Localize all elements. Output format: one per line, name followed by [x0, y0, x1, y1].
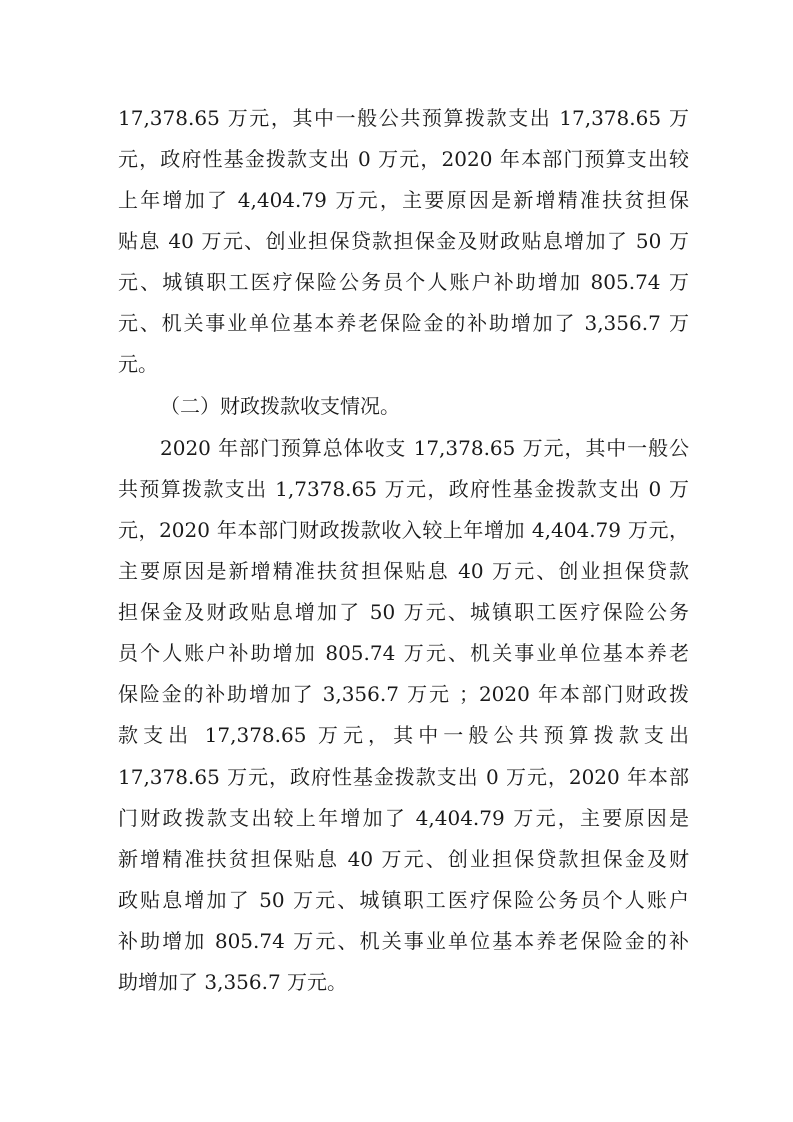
paragraph-2-line-6: 员个人账户补助增加 805.74 万元、机关事业单位基本养老 [118, 638, 689, 668]
section-heading: （二）财政拨款收支情况。 [160, 391, 460, 421]
paragraph-1-line-2: 元，政府性基金拨款支出 0 万元，2020 年本部门预算支出较 [118, 144, 689, 174]
paragraph-2-line-4: 主要原因是新增精准扶贫担保贴息 40 万元、创业担保贷款 [118, 556, 689, 586]
paragraph-2-line-9: 17,378.65 万元，政府性基金拨款支出 0 万元，2020 年本部 [118, 762, 689, 792]
paragraph-1-line-6: 元、机关事业单位基本养老保险金的补助增加了 3,356.7 万 [118, 308, 689, 338]
paragraph-2-line-14: 助增加了 3,356.7 万元。 [118, 967, 689, 997]
paragraph-1-line-4: 贴息 40 万元、创业担保贷款担保金及财政贴息增加了 50 万 [118, 226, 689, 256]
document-page: 17,378.65 万元，其中一般公共预算拨款支出 17,378.65 万 元，… [0, 0, 793, 1122]
paragraph-2-line-10: 门财政拨款支出较上年增加了 4,404.79 万元，主要原因是 [118, 803, 689, 833]
paragraph-1-line-7: 元。 [118, 349, 689, 379]
paragraph-2-line-13: 补助增加 805.74 万元、机关事业单位基本养老保险金的补 [118, 926, 689, 956]
paragraph-2-line-11: 新增精准扶贫担保贴息 40 万元、创业担保贷款担保金及财 [118, 844, 689, 874]
paragraph-2-line-1: 2020 年部门预算总体收支 17,378.65 万元，其中一般公 [160, 433, 689, 463]
paragraph-1-line-1: 17,378.65 万元，其中一般公共预算拨款支出 17,378.65 万 [118, 103, 689, 133]
paragraph-1-line-5: 元、城镇职工医疗保险公务员个人账户补助增加 805.74 万 [118, 267, 689, 297]
paragraph-2-line-8: 款支出 17,378.65 万元，其中一般公共预算拨款支出 [118, 720, 689, 750]
paragraph-2-line-12: 政贴息增加了 50 万元、城镇职工医疗保险公务员个人账户 [118, 885, 689, 915]
paragraph-2-line-3: 元，2020 年本部门财政拨款收入较上年增加 4,404.79 万元， [118, 515, 689, 545]
paragraph-2-line-7: 保险金的补助增加了 3,356.7 万元 ；2020 年本部门财政拨 [118, 679, 689, 709]
paragraph-2-line-2: 共预算拨款支出 1,7378.65 万元，政府性基金拨款支出 0 万 [118, 474, 689, 504]
paragraph-2-line-5: 担保金及财政贴息增加了 50 万元、城镇职工医疗保险公务 [118, 597, 689, 627]
paragraph-1-line-3: 上年增加了 4,404.79 万元，主要原因是新增精准扶贫担保 [118, 185, 689, 215]
